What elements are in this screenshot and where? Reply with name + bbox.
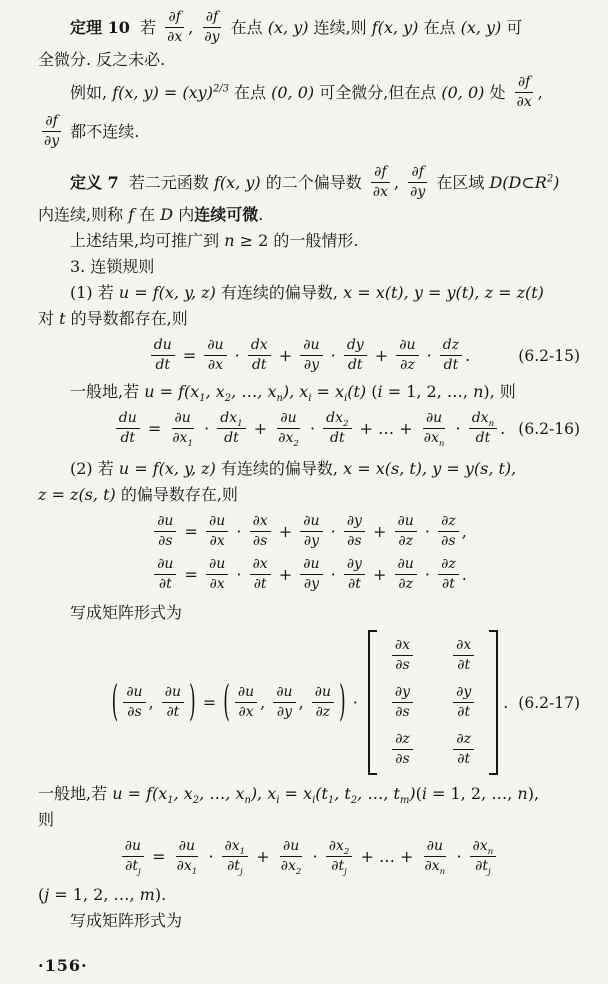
numerator: ∂x bbox=[250, 513, 271, 532]
text-run: 一般地,若 bbox=[70, 381, 144, 403]
denominator: ∂y bbox=[407, 183, 428, 201]
fraction: ∂u∂tj bbox=[122, 838, 144, 875]
fraction: ∂u∂z bbox=[395, 556, 417, 593]
equation-6-2-16: dudt = ∂u∂x1 · dx1dt + ∂u∂x2 · dx2dt + …… bbox=[38, 409, 580, 448]
text-run: · bbox=[326, 521, 341, 543]
index-range-line: (j = 1, 2, …, m). bbox=[38, 882, 580, 908]
denominator: ∂t bbox=[251, 575, 270, 593]
subscript: n bbox=[440, 867, 446, 877]
text-run: + bbox=[249, 418, 273, 440]
numerator: ∂z bbox=[453, 731, 474, 750]
matrix-form-intro-2: 写成矩阵形式为 bbox=[38, 908, 580, 934]
denominator: ∂t bbox=[163, 703, 182, 721]
text-run: 写成矩阵形式为 bbox=[70, 602, 182, 624]
text-run: 写成矩阵形式为 bbox=[70, 910, 182, 932]
denominator: ∂t bbox=[454, 656, 473, 674]
denominator: ∂t bbox=[439, 575, 458, 593]
denominator: ∂y bbox=[301, 532, 322, 550]
numerator: dz bbox=[440, 337, 462, 356]
text-run: · bbox=[231, 521, 246, 543]
subscript: n bbox=[439, 439, 445, 449]
text-run: 在区域 bbox=[431, 172, 489, 194]
fraction: dudt bbox=[151, 337, 175, 374]
denominator: ∂t bbox=[454, 703, 473, 721]
text-run: 的偏导数存在,则 bbox=[116, 484, 238, 506]
denominator: ∂tj bbox=[472, 857, 494, 875]
fraction: ∂f∂x bbox=[514, 74, 535, 111]
numerator: ∂u bbox=[424, 838, 446, 857]
numerator: ∂u bbox=[206, 513, 228, 532]
text-run: f(x, y) bbox=[372, 17, 419, 39]
text-run: 可 bbox=[501, 17, 522, 39]
text-run: + bbox=[368, 521, 392, 543]
text-run: . bbox=[503, 692, 508, 714]
then-line: 则 bbox=[38, 807, 580, 833]
equation-number: (6.2-15) bbox=[518, 345, 580, 367]
numerator: ∂u bbox=[204, 337, 226, 356]
numerator: du bbox=[151, 337, 175, 356]
numerator: ∂f bbox=[408, 164, 426, 183]
text-run: + … + bbox=[355, 846, 418, 868]
document-page: 定理 10 若 ∂f∂x, ∂f∂y 在点 (x, y) 连续,则 f(x, y… bbox=[0, 0, 608, 975]
numerator: ∂xn bbox=[470, 838, 497, 857]
subscript: j bbox=[240, 867, 243, 877]
numerator: ∂y bbox=[344, 513, 365, 532]
numerator: ∂u bbox=[300, 337, 322, 356]
fraction: ∂f∂y bbox=[41, 113, 62, 150]
text-run: = bbox=[143, 418, 167, 440]
denominator: ∂s bbox=[250, 532, 270, 550]
denominator: ∂s bbox=[392, 703, 412, 721]
text-run: = bbox=[179, 564, 203, 586]
text-run: · bbox=[326, 345, 341, 367]
text-run: · bbox=[451, 846, 466, 868]
denominator: ∂z bbox=[395, 532, 416, 550]
text-run: 在 bbox=[134, 204, 160, 226]
fraction: ∂u∂x bbox=[235, 684, 257, 721]
text-run: . bbox=[465, 345, 470, 367]
numerator: ∂y bbox=[453, 684, 474, 703]
subscript: 1 bbox=[328, 795, 334, 806]
general-case-2-line: 一般地,若 u = f(x1, x2, …, xn), xi = xi(t1, … bbox=[38, 781, 580, 807]
equation-number: (6.2-16) bbox=[518, 418, 580, 440]
denominator: ∂y bbox=[301, 575, 322, 593]
fraction: ∂z∂s bbox=[392, 731, 413, 768]
fraction: dx1dt bbox=[217, 410, 245, 447]
numerator: ∂u bbox=[235, 684, 257, 703]
denominator: ∂t bbox=[454, 750, 473, 768]
text-run: 连续,则 bbox=[308, 17, 371, 39]
fraction: ∂xn∂tj bbox=[470, 838, 497, 875]
numerator: ∂z bbox=[438, 556, 459, 575]
text-run: , bbox=[260, 692, 270, 714]
denominator: ∂t bbox=[345, 575, 364, 593]
fraction: ∂x1∂tj bbox=[222, 838, 249, 875]
fraction: ∂u∂xn bbox=[421, 410, 448, 447]
fraction: ∂x2∂tj bbox=[326, 838, 353, 875]
subscript: n bbox=[488, 847, 494, 857]
numerator: dx2 bbox=[323, 410, 351, 429]
text-run: x = x(t), y = y(t), z = z(t) bbox=[343, 282, 544, 304]
numerator: dx1 bbox=[217, 410, 245, 429]
fraction: ∂x∂s bbox=[392, 637, 413, 674]
denominator: ∂tj bbox=[224, 857, 246, 875]
theorem-10-line: 定理 10 若 ∂f∂x, ∂f∂y 在点 (x, y) 连续,则 f(x, y… bbox=[38, 8, 580, 47]
text-run: · bbox=[199, 418, 214, 440]
subscript: 1 bbox=[187, 439, 193, 449]
equation-general-sum: ∂u∂tj = ∂u∂x1 · ∂x1∂tj + ∂u∂x2 · ∂x2∂tj … bbox=[38, 837, 580, 876]
fraction: ∂u∂z bbox=[395, 513, 417, 550]
text-run: + bbox=[274, 345, 298, 367]
fraction: ∂z∂t bbox=[438, 556, 459, 593]
text-run: (x, y) bbox=[268, 17, 309, 39]
text-run: + bbox=[274, 521, 298, 543]
fraction: ∂z∂t bbox=[453, 731, 474, 768]
subscript: n bbox=[489, 419, 495, 429]
denominator: dt bbox=[441, 356, 462, 374]
numerator: ∂f bbox=[203, 9, 221, 28]
text-run: ), bbox=[528, 783, 539, 805]
text-run: 处 bbox=[484, 82, 510, 104]
numerator: ∂x1 bbox=[222, 838, 249, 857]
equation-du-ds: ∂u∂s = ∂u∂x · ∂x∂s + ∂u∂y · ∂y∂s + ∂u∂z … bbox=[38, 512, 580, 551]
subscript: n bbox=[276, 393, 282, 404]
text-run: (1) 若 bbox=[70, 282, 119, 304]
fraction: ∂y∂s bbox=[344, 513, 365, 550]
fraction: ∂u∂x2 bbox=[275, 410, 302, 447]
denominator: ∂z bbox=[395, 575, 416, 593]
fraction: ∂u∂x2 bbox=[278, 838, 305, 875]
text-run: = 1, 2, …, bbox=[427, 783, 517, 805]
numerator: ∂x bbox=[250, 556, 271, 575]
text-run: 上述结果,均可推广到 bbox=[70, 230, 224, 252]
text-run: 全微分. 反之未必. bbox=[38, 49, 165, 71]
text-run: · bbox=[231, 564, 246, 586]
text-run: 则 bbox=[38, 809, 54, 831]
numerator: ∂y bbox=[344, 556, 365, 575]
denominator: ∂xn bbox=[422, 857, 449, 875]
text-run: = bbox=[198, 692, 222, 714]
fraction: ∂f∂x bbox=[370, 164, 391, 201]
text-run: · bbox=[326, 564, 341, 586]
subscript: i bbox=[344, 393, 347, 404]
numerator: ∂u bbox=[312, 684, 334, 703]
matrix-grid: ∂x∂s∂x∂t∂y∂s∂y∂t∂z∂s∂z∂t bbox=[381, 630, 485, 775]
definition-7-line: 定义 7 若二元函数 f(x, y) 的二个偏导数 ∂f∂x, ∂f∂y 在区域… bbox=[38, 163, 580, 202]
numerator: ∂u bbox=[122, 838, 144, 857]
numerator: ∂x bbox=[392, 637, 413, 656]
text-run: u = f(x1, x2, …, xn), xi = xi(t) bbox=[144, 381, 366, 403]
denominator: ∂y bbox=[41, 132, 62, 150]
denominator: ∂s bbox=[344, 532, 364, 550]
fraction: ∂y∂t bbox=[344, 556, 365, 593]
text-run: · bbox=[230, 345, 245, 367]
fraction: dydt bbox=[344, 337, 367, 374]
denominator: ∂x bbox=[207, 532, 228, 550]
text-run: ( bbox=[366, 381, 377, 403]
denominator: ∂x2 bbox=[275, 429, 302, 447]
text-run: D bbox=[160, 204, 173, 226]
text-run: · bbox=[422, 345, 437, 367]
text-run: 若 bbox=[130, 17, 161, 39]
numerator: ∂u bbox=[300, 556, 322, 575]
text-run: · bbox=[450, 418, 465, 440]
case-2-line-2: z = z(s, t) 的偏导数存在,则 bbox=[38, 482, 580, 508]
fraction: ∂u∂z bbox=[312, 684, 334, 721]
text-run: + … + bbox=[355, 418, 418, 440]
denominator: dt bbox=[327, 429, 348, 447]
text-run: 定义 7 bbox=[70, 172, 119, 194]
fraction: ∂f∂y bbox=[407, 164, 428, 201]
definition-7-line-2: 内连续,则称 f 在 D 内连续可微. bbox=[38, 202, 580, 228]
text-run: x = x(s, t), y = y(s, t), bbox=[343, 458, 516, 480]
numerator: ∂u bbox=[154, 556, 176, 575]
text-run: 3. 连锁规则 bbox=[70, 256, 154, 278]
fraction: ∂y∂t bbox=[453, 684, 474, 721]
text-run: 都不连续. bbox=[65, 121, 139, 143]
denominator: ∂x bbox=[207, 575, 228, 593]
equation-du-dt: ∂u∂t = ∂u∂x · ∂x∂t + ∂u∂y · ∂y∂t + ∂u∂z … bbox=[38, 555, 580, 594]
fraction: ∂u∂xn bbox=[422, 838, 449, 875]
fraction: ∂x∂t bbox=[250, 556, 271, 593]
numerator: ∂u bbox=[176, 838, 198, 857]
big-paren: ) bbox=[189, 676, 196, 730]
text-run: (x, y) bbox=[461, 17, 502, 39]
subscript: j bbox=[344, 867, 347, 877]
numerator: ∂z bbox=[438, 513, 459, 532]
matrix-bracket-left bbox=[368, 630, 377, 775]
text-run: f(x, y) = (xy)2/3 bbox=[112, 82, 229, 104]
numerator: ∂u bbox=[395, 513, 417, 532]
denominator: ∂s bbox=[392, 750, 412, 768]
numerator: ∂u bbox=[300, 513, 322, 532]
fraction: ∂x∂t bbox=[453, 637, 474, 674]
numerator: ∂u bbox=[396, 337, 418, 356]
denominator: ∂tj bbox=[328, 857, 350, 875]
subscript: 2 bbox=[293, 439, 299, 449]
text-run: 内连续,则称 bbox=[38, 204, 128, 226]
numerator: ∂u bbox=[280, 838, 302, 857]
numerator: ∂x bbox=[453, 637, 474, 656]
text-run: · bbox=[420, 564, 435, 586]
fraction: ∂u∂y bbox=[300, 337, 322, 374]
denominator: ∂xn bbox=[421, 429, 448, 447]
numerator: dy bbox=[344, 337, 367, 356]
numerator: ∂f bbox=[42, 113, 60, 132]
equation-6-2-15: dudt = ∂u∂x · dxdt + ∂u∂y · dydt + ∂u∂z … bbox=[38, 336, 580, 375]
denominator: ∂x bbox=[164, 28, 185, 46]
text-run: 内 bbox=[173, 204, 194, 226]
fraction: ∂u∂s bbox=[123, 684, 145, 721]
numerator: ∂x2 bbox=[326, 838, 353, 857]
numerator: ∂y bbox=[392, 684, 413, 703]
fraction: ∂u∂t bbox=[154, 556, 176, 593]
subscript: 1 bbox=[167, 795, 173, 806]
text-run: (0, 0) bbox=[271, 82, 314, 104]
fraction: ∂u∂z bbox=[396, 337, 418, 374]
subscript: n bbox=[244, 795, 250, 806]
subscript: 2 bbox=[343, 419, 349, 429]
text-run: 有连续的偏导数, bbox=[216, 282, 343, 304]
numerator: ∂f bbox=[515, 74, 533, 93]
denominator: ∂s bbox=[155, 532, 175, 550]
text-run: · bbox=[420, 521, 435, 543]
case-1-line-2: 对 t 的导数都存在,则 bbox=[38, 306, 580, 332]
text-run: , bbox=[462, 521, 467, 543]
denominator: dt bbox=[345, 356, 366, 374]
text-run: u = f(x, y, z) bbox=[119, 282, 216, 304]
text-run: · bbox=[203, 846, 218, 868]
text-run: 的二个偏导数 bbox=[261, 172, 367, 194]
denominator: ∂s bbox=[392, 656, 412, 674]
text-run: , bbox=[394, 172, 404, 194]
text-run: . bbox=[500, 418, 505, 440]
text-run: 的导数都存在,则 bbox=[66, 308, 188, 330]
fraction: ∂u∂y bbox=[300, 556, 322, 593]
text-run: = bbox=[147, 846, 171, 868]
text-run: 若二元函数 bbox=[119, 172, 214, 194]
numerator: dx bbox=[248, 337, 271, 356]
fraction: ∂u∂x bbox=[204, 337, 226, 374]
denominator: ∂x bbox=[205, 356, 226, 374]
text-run: 在点 bbox=[418, 17, 460, 39]
example-line: 例如, f(x, y) = (xy)2/3 在点 (0, 0) 可全微分,但在点… bbox=[38, 73, 580, 112]
text-run: = 1, 2, …, bbox=[383, 381, 473, 403]
equation-6-2-17: (∂u∂s, ∂u∂t) = (∂u∂x, ∂u∂y, ∂u∂z) · ∂x∂s… bbox=[38, 630, 580, 775]
subscript: 1 bbox=[199, 393, 205, 404]
denominator: ∂y bbox=[201, 28, 222, 46]
subscript: 2 bbox=[344, 847, 350, 857]
text-run: z = z(s, t) bbox=[38, 484, 116, 506]
fraction: ∂z∂s bbox=[438, 513, 459, 550]
denominator: dt bbox=[152, 356, 173, 374]
case-2-line: (2) 若 u = f(x, y, z) 有连续的偏导数, x = x(s, t… bbox=[38, 456, 580, 482]
subscript: 1 bbox=[237, 419, 243, 429]
text-run: u = f(x1, x2, …, xn), xi = xi(t1, t2, …,… bbox=[112, 783, 415, 805]
denominator: ∂x bbox=[370, 183, 391, 201]
general-case-line: 一般地,若 u = f(x1, x2, …, xn), xi = xi(t) (… bbox=[38, 379, 580, 405]
text-run: + bbox=[370, 345, 394, 367]
jacobian-matrix: ∂x∂s∂x∂t∂y∂s∂y∂t∂z∂s∂z∂t bbox=[368, 630, 498, 775]
denominator: ∂x bbox=[235, 703, 256, 721]
big-paren: ) bbox=[339, 676, 346, 730]
text-run: . bbox=[462, 564, 467, 586]
denominator: ∂x2 bbox=[278, 857, 305, 875]
denominator: ∂x bbox=[514, 93, 535, 111]
numerator: ∂u bbox=[172, 410, 194, 429]
text-run: 连续可微 bbox=[194, 204, 258, 226]
numerator: ∂u bbox=[162, 684, 184, 703]
subscript: 2 bbox=[351, 795, 357, 806]
numerator: ∂u bbox=[273, 684, 295, 703]
text-run: 可全微分,但在点 bbox=[314, 82, 441, 104]
text-run: · bbox=[307, 846, 322, 868]
text-run: , bbox=[538, 82, 543, 104]
text-run: (2) 若 bbox=[70, 458, 119, 480]
section-heading-chain-rule: 3. 连锁规则 bbox=[38, 254, 580, 280]
example-line-2: ∂f∂y 都不连续. bbox=[38, 112, 580, 151]
denominator: ∂z bbox=[397, 356, 418, 374]
remark-line: 上述结果,均可推广到 n ≥ 2 的一般情形. bbox=[38, 228, 580, 254]
big-paren: ( bbox=[112, 676, 119, 730]
text-run: 例如, bbox=[70, 82, 112, 104]
text-run: = bbox=[178, 345, 202, 367]
text-run: n bbox=[517, 783, 527, 805]
subscript: j bbox=[138, 867, 141, 877]
fraction: dzdt bbox=[440, 337, 462, 374]
text-run: + bbox=[274, 564, 298, 586]
fraction: ∂u∂t bbox=[162, 684, 184, 721]
numerator: ∂u bbox=[423, 410, 445, 429]
denominator: ∂z bbox=[313, 703, 334, 721]
numerator: dxn bbox=[469, 410, 497, 429]
text-run: ), 则 bbox=[483, 381, 515, 403]
fraction: dudt bbox=[116, 410, 140, 447]
denominator: ∂tj bbox=[122, 857, 144, 875]
subscript: 2 bbox=[296, 867, 302, 877]
fraction: ∂y∂s bbox=[392, 684, 413, 721]
case-1-line: (1) 若 u = f(x, y, z) 有连续的偏导数, x = x(t), … bbox=[38, 280, 580, 306]
fraction: ∂u∂x1 bbox=[169, 410, 196, 447]
superscript: 2/3 bbox=[213, 83, 229, 94]
denominator: ∂x1 bbox=[174, 857, 201, 875]
fraction: dxdt bbox=[248, 337, 271, 374]
subscript: i bbox=[276, 795, 279, 806]
text-run: 在点 bbox=[229, 82, 271, 104]
fraction: ∂x∂s bbox=[250, 513, 271, 550]
numerator: ∂f bbox=[371, 164, 389, 183]
big-paren: ( bbox=[223, 676, 230, 730]
subscript: 1 bbox=[192, 867, 198, 877]
denominator: ∂s bbox=[438, 532, 458, 550]
subscript: i bbox=[308, 393, 311, 404]
text-run: m bbox=[140, 884, 155, 906]
fraction: dxndt bbox=[469, 410, 497, 447]
denominator: dt bbox=[117, 429, 138, 447]
text-run: , bbox=[188, 17, 198, 39]
text-run: 在点 bbox=[226, 17, 268, 39]
numerator: ∂u bbox=[277, 410, 299, 429]
fraction: ∂f∂y bbox=[201, 9, 222, 46]
superscript: 2 bbox=[547, 173, 553, 184]
subscript: m bbox=[400, 795, 409, 806]
denominator: dt bbox=[249, 356, 270, 374]
text-run: = 1, 2, …, bbox=[49, 884, 139, 906]
theorem-10-line-2: 全微分. 反之未必. bbox=[38, 47, 580, 73]
text-run: · bbox=[348, 692, 363, 714]
subscript: 2 bbox=[225, 393, 231, 404]
fraction: ∂u∂y bbox=[300, 513, 322, 550]
numerator: ∂u bbox=[206, 556, 228, 575]
fraction: dx2dt bbox=[323, 410, 351, 447]
text-run: n bbox=[473, 381, 483, 403]
numerator: ∂z bbox=[392, 731, 413, 750]
numerator: ∂f bbox=[165, 9, 183, 28]
numerator: du bbox=[116, 410, 140, 429]
subscript: i bbox=[312, 795, 315, 806]
denominator: ∂x1 bbox=[169, 429, 196, 447]
text-run: = bbox=[179, 521, 203, 543]
fraction: ∂u∂s bbox=[154, 513, 176, 550]
subscript: 1 bbox=[240, 847, 246, 857]
subscript: 2 bbox=[193, 795, 199, 806]
numerator: ∂u bbox=[123, 684, 145, 703]
text-run: + bbox=[368, 564, 392, 586]
text-run: . bbox=[258, 204, 263, 226]
text-run: f(x, y) bbox=[214, 172, 261, 194]
text-run: , bbox=[299, 692, 309, 714]
denominator: ∂y bbox=[274, 703, 295, 721]
